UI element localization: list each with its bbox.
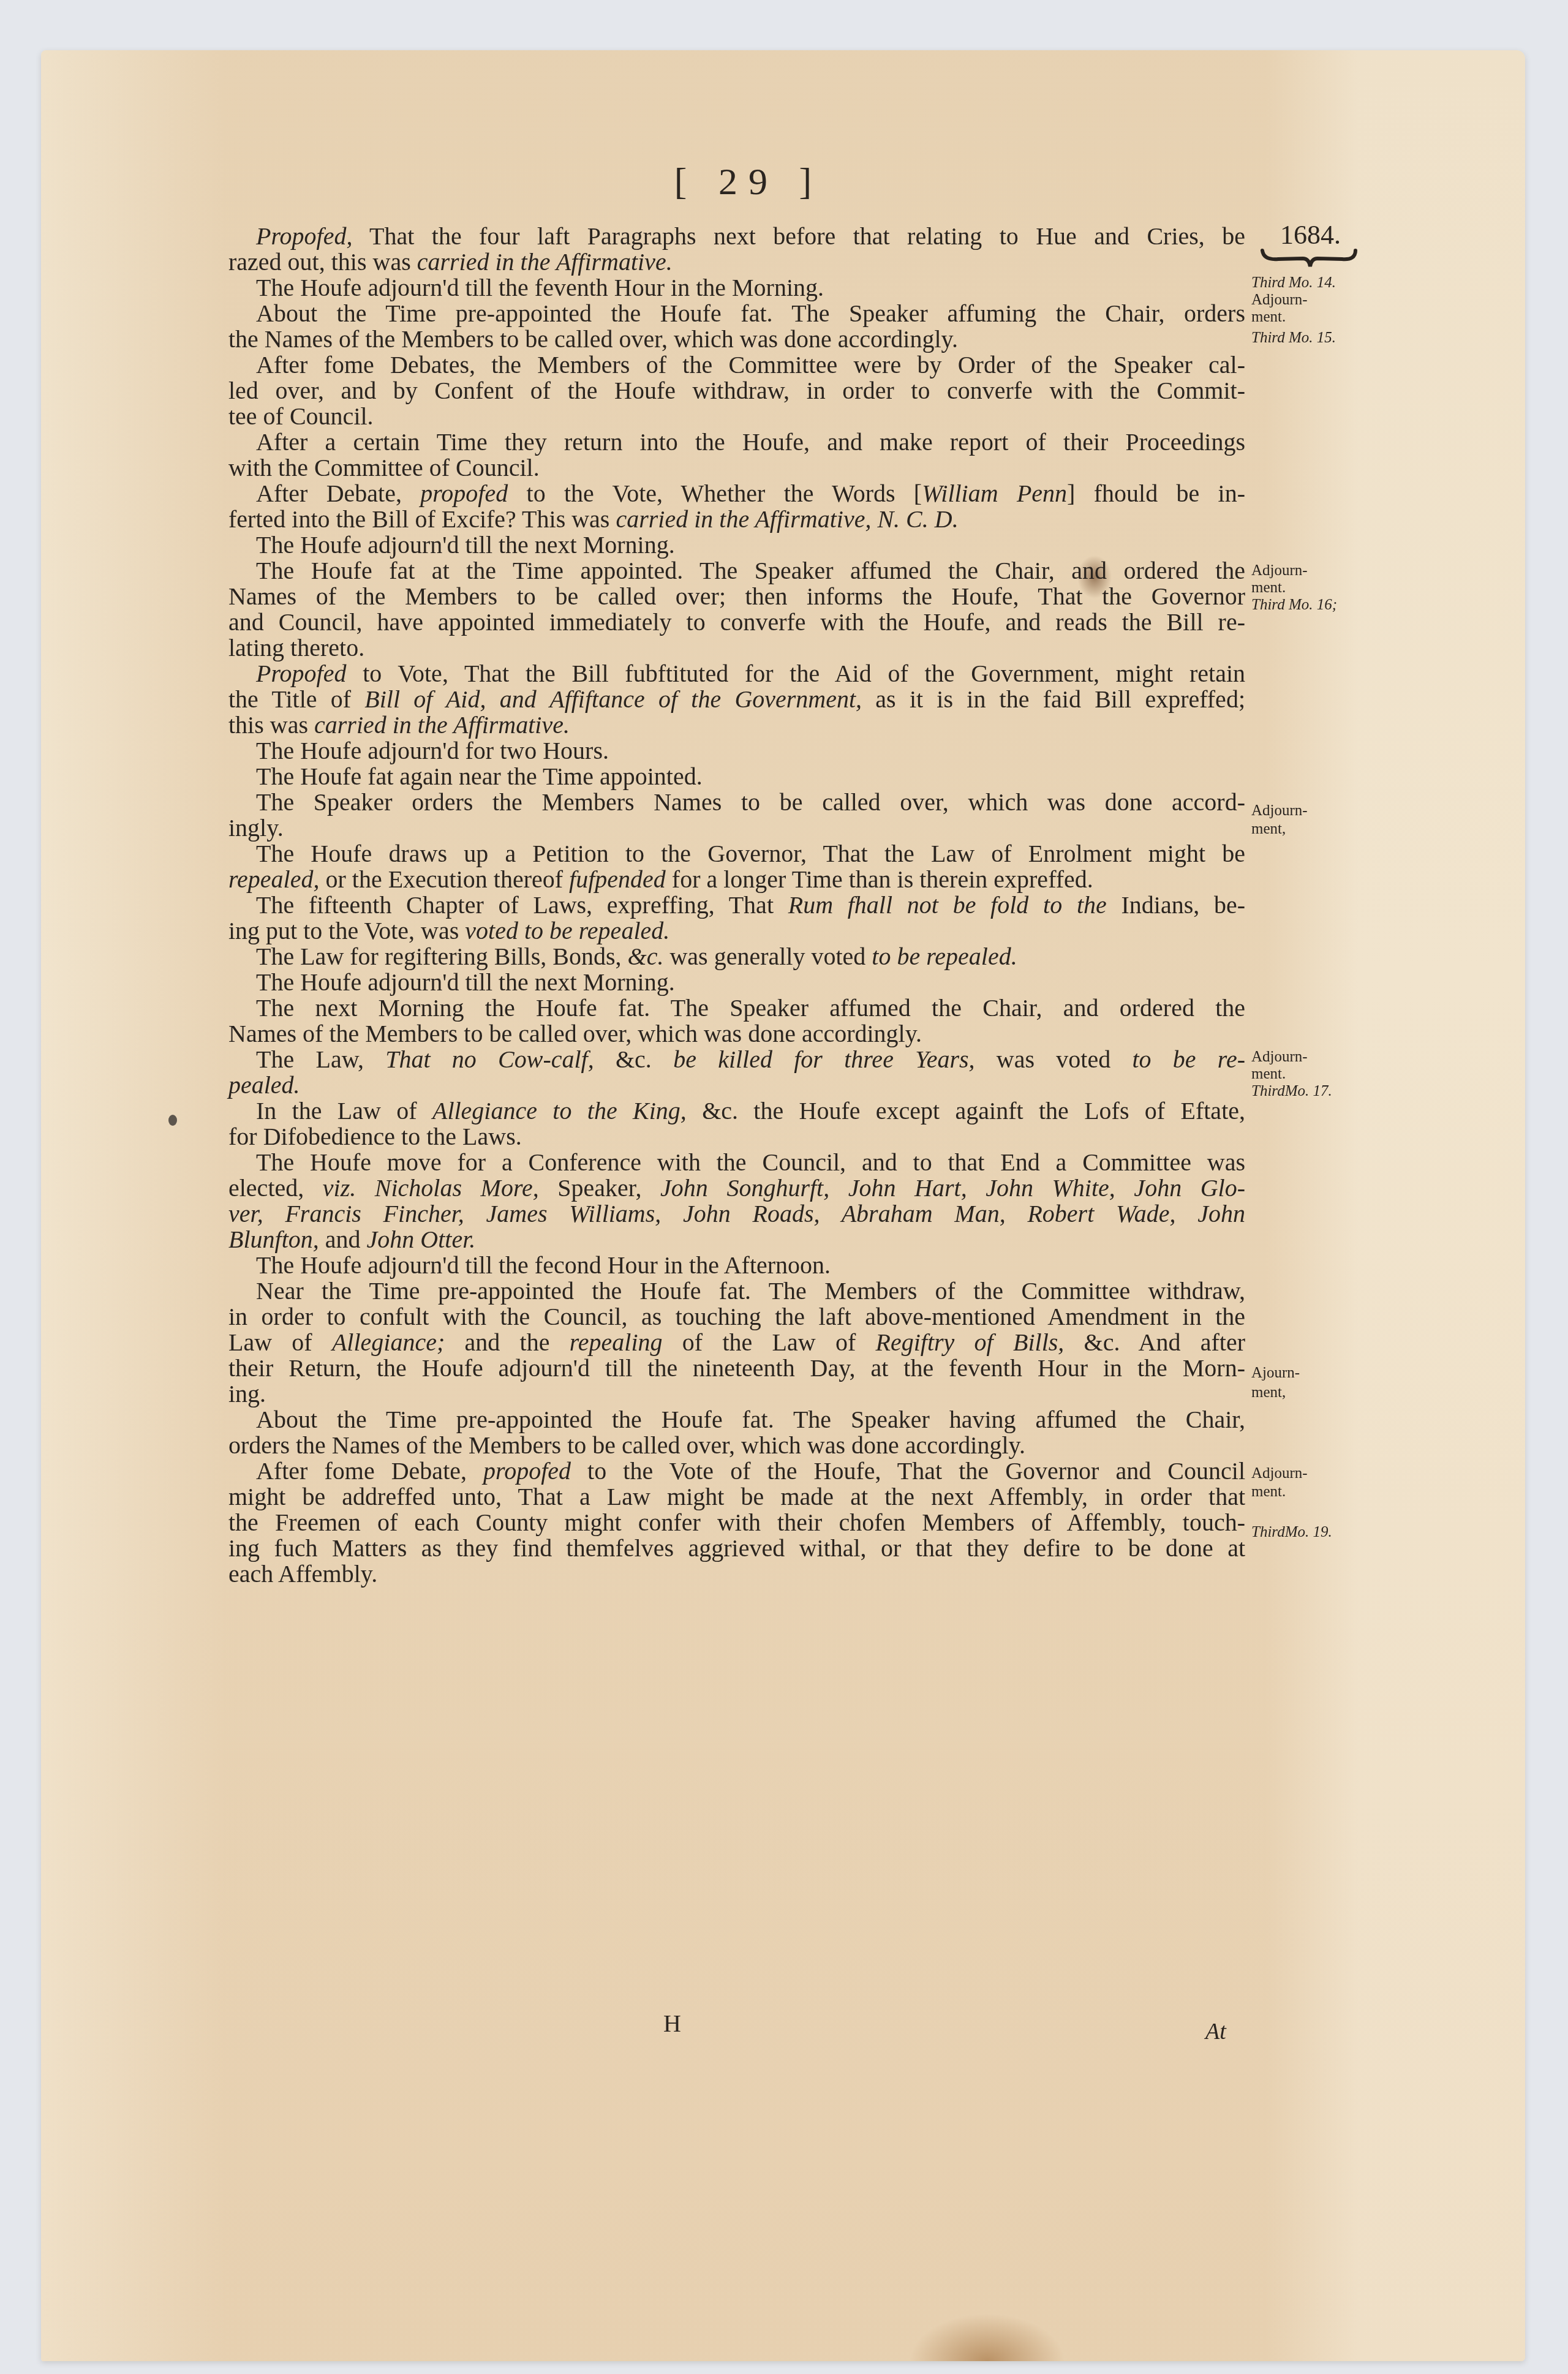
margin-note: ment. <box>1251 1066 1286 1083</box>
text-line: tee of Council. <box>228 404 1245 429</box>
margin-note: ment, <box>1251 821 1286 838</box>
text-line: ver, Francis Fincher, James Williams, Jo… <box>228 1201 1245 1227</box>
margin-note: Ajourn- <box>1251 1365 1300 1382</box>
roman-text: About the Time pre-appointed the Houfe f… <box>256 300 1245 327</box>
text-line: this was carried in the Affirmative. <box>228 712 1245 738</box>
text-line: The Houfe move for a Conference with the… <box>228 1150 1245 1175</box>
roman-text: ing fuch Matters as they find themfelves… <box>228 1534 1245 1562</box>
roman-text: That the four laft Paragraphs next befor… <box>352 222 1245 250</box>
italic-text: carried in the Affirmative. <box>314 711 570 739</box>
roman-text: to the Vote of the Houfe, That the Gover… <box>571 1457 1245 1485</box>
roman-text: The Houfe move for a Conference with the… <box>256 1148 1245 1176</box>
roman-text: ferted into the Bill of Excife? This was <box>228 505 616 533</box>
roman-text: razed out, this was <box>228 248 417 276</box>
roman-text: &c. <box>594 1046 673 1073</box>
text-line: The Houfe adjourn'd till the next Mornin… <box>228 970 1245 995</box>
roman-text: this was <box>228 711 314 739</box>
text-line: the Names of the Members to be called ov… <box>228 326 1245 352</box>
catchword: At <box>1205 2018 1226 2045</box>
text-line: The Houfe adjourn'd till the feventh Hou… <box>228 275 1245 301</box>
margin-note: Adjourn- <box>1251 1049 1308 1066</box>
italic-text: William Penn <box>922 480 1067 507</box>
italic-text: Propofed <box>256 660 346 687</box>
roman-text: Names of the Members to be called over; … <box>228 582 1245 610</box>
text-line: their Return, the Houfe adjourn'd till t… <box>228 1355 1245 1381</box>
roman-text: the Names of the Members to be called ov… <box>228 325 958 353</box>
text-line: each Affembly. <box>228 1561 1245 1587</box>
text-line: led over, and by Confent of the Houfe wi… <box>228 378 1245 404</box>
text-line: and Council, have appointed immediately … <box>228 609 1245 635</box>
text-line: the Freemen of each County might confer … <box>228 1510 1245 1536</box>
text-line: for Difobedience to the Laws. <box>228 1124 1245 1150</box>
roman-text: The Houfe adjourn'd till the feventh Hou… <box>256 274 824 301</box>
italic-text: &c. <box>628 943 664 970</box>
italic-text: fufpended <box>569 865 666 893</box>
roman-text: The Houfe draws up a Petition to the Gov… <box>256 840 1245 867</box>
italic-text: That no Cow-calf, <box>385 1046 594 1073</box>
roman-text: and Council, have appointed immediately … <box>228 608 1245 636</box>
roman-text: for a longer Time than is therein expref… <box>666 865 1093 893</box>
italic-text: Nicholas More, <box>375 1174 539 1202</box>
italic-text: Propofed, <box>256 222 352 250</box>
text-line: ingly. <box>228 815 1245 841</box>
text-line: The Houfe adjourn'd till the fecond Hour… <box>228 1253 1245 1278</box>
margin-note: ment. <box>1251 579 1286 597</box>
roman-text: of the Law of <box>663 1328 876 1356</box>
roman-text: Law of <box>228 1328 332 1356</box>
roman-text <box>356 1174 375 1202</box>
text-line: pealed. <box>228 1072 1245 1098</box>
margin-note: ThirdMo. 17. <box>1251 1083 1332 1100</box>
roman-text: Indians, be- <box>1107 891 1245 919</box>
roman-text: for Difobedience to the Laws. <box>228 1123 522 1150</box>
italic-text: pealed. <box>228 1071 300 1099</box>
roman-text: In the Law of <box>256 1097 432 1125</box>
text-line: About the Time pre-appointed the Houfe f… <box>228 301 1245 326</box>
italic-text: voted to be repealed. <box>465 917 669 944</box>
roman-text: The Houfe fat again near the Time appoin… <box>256 763 703 790</box>
text-line: orders the Names of the Members to be ca… <box>228 1433 1245 1458</box>
roman-text: was generally voted <box>663 943 872 970</box>
text-line: After fome Debate, propofed to the Vote … <box>228 1458 1245 1484</box>
roman-text: &c. And after <box>1064 1328 1245 1356</box>
italic-text: viz. <box>323 1174 356 1202</box>
italic-text: Regiftry of Bills, <box>876 1328 1065 1356</box>
text-line: The Law, That no Cow-calf, &c. be killed… <box>228 1047 1245 1072</box>
text-line: The Houfe fat at the Time appointed. The… <box>228 558 1245 584</box>
italic-text: Allegiance; <box>332 1328 445 1356</box>
roman-text: to the Vote, Whether the Words [ <box>508 480 922 507</box>
text-line: After fome Debates, the Members of the C… <box>228 352 1245 378</box>
text-line: The fifteenth Chapter of Laws, expreffin… <box>228 892 1245 918</box>
roman-text: each Affembly. <box>228 1560 377 1588</box>
text-line: elected, viz. Nicholas More, Speaker, Jo… <box>228 1175 1245 1201</box>
roman-text: with the Committee of Council. <box>228 454 540 481</box>
roman-text: The Law for regiftering Bills, Bonds, <box>256 943 628 970</box>
text-line: The next Morning the Houfe fat. The Spea… <box>228 995 1245 1021</box>
roman-text: After Debate, <box>256 480 420 507</box>
text-line: After a certain Time they return into th… <box>228 429 1245 455</box>
brace-icon <box>1260 247 1358 271</box>
margin-note: Adjourn- <box>1251 1465 1308 1482</box>
margin-note: ment. <box>1251 309 1286 326</box>
italic-text: be killed for three Years, <box>673 1046 974 1073</box>
margin-note: Adjourn- <box>1251 802 1308 820</box>
roman-text: their Return, the Houfe adjourn'd till t… <box>228 1354 1245 1382</box>
roman-text: lating thereto. <box>228 634 364 661</box>
roman-text: ] fhould be in- <box>1067 480 1245 507</box>
italic-text: carried in the Affirmative, N. C. D. <box>616 505 958 533</box>
text-line: The Houfe draws up a Petition to the Gov… <box>228 841 1245 867</box>
signature-mark: H <box>663 2009 681 2038</box>
roman-text: ingly. <box>228 814 284 842</box>
text-line: ing put to the Vote, was voted to be rep… <box>228 918 1245 944</box>
text-line: with the Committee of Council. <box>228 455 1245 481</box>
roman-text: as it is in the faid Bill expreffed; <box>862 685 1245 713</box>
roman-text: The Speaker orders the Members Names to … <box>256 788 1245 816</box>
roman-text: After a certain Time they return into th… <box>256 428 1245 456</box>
roman-text: The fifteenth Chapter of Laws, expreffin… <box>256 891 788 919</box>
roman-text: the Freemen of each County might confer … <box>228 1509 1245 1536</box>
text-line: ing. <box>228 1381 1245 1407</box>
italic-text: Rum fhall not be fold to the <box>788 891 1107 919</box>
italic-text: Bill of Aid, and Affiftance of the Gover… <box>364 685 862 713</box>
italic-text: repealed, <box>228 865 319 893</box>
text-line: The Houfe adjourn'd till the next Mornin… <box>228 532 1245 558</box>
text-line: repealed, or the Execution thereof fufpe… <box>228 867 1245 892</box>
italic-text: propofed <box>420 480 508 507</box>
text-line: The Law for regiftering Bills, Bonds, &c… <box>228 944 1245 970</box>
text-line: The Speaker orders the Members Names to … <box>228 789 1245 815</box>
roman-text: After fome Debates, the Members of the C… <box>256 351 1245 379</box>
italic-text: to be repealed. <box>872 943 1017 970</box>
text-line: The Houfe fat again near the Time appoin… <box>228 764 1245 789</box>
margin-year: 1684. <box>1280 219 1341 251</box>
roman-text: to Vote, That the Bill fubftituted for t… <box>346 660 1245 687</box>
roman-text: The next Morning the Houfe fat. The Spea… <box>256 994 1245 1022</box>
roman-text: or the Execution thereof <box>319 865 569 893</box>
roman-text: Near the Time pre-appointed the Houfe fa… <box>256 1277 1245 1305</box>
text-line: might be addreffed unto, That a Law migh… <box>228 1484 1245 1510</box>
text-line: lating thereto. <box>228 635 1245 661</box>
italic-text: Allegiance to the King, <box>432 1097 687 1125</box>
roman-text: Names of the Members to be called over, … <box>228 1020 922 1047</box>
text-line: ing fuch Matters as they find themfelves… <box>228 1536 1245 1561</box>
roman-text: in order to confult with the Council, as… <box>228 1303 1245 1330</box>
margin-note: Third Mo. 16; <box>1251 597 1337 614</box>
roman-text: was voted <box>975 1046 1133 1073</box>
text-line: ferted into the Bill of Excife? This was… <box>228 507 1245 532</box>
text-line: After Debate, propofed to the Vote, Whet… <box>228 481 1245 507</box>
roman-text: ing put to the Vote, was <box>228 917 465 944</box>
text-line: Near the Time pre-appointed the Houfe fa… <box>228 1278 1245 1304</box>
margin-note: Third Mo. 15. <box>1251 330 1336 347</box>
text-line: the Title of Bill of Aid, and Affiftance… <box>228 687 1245 712</box>
roman-text: led over, and by Confent of the Houfe wi… <box>228 377 1245 404</box>
roman-text: The Houfe fat at the Time appointed. The… <box>256 557 1245 584</box>
text-line: Names of the Members to be called over, … <box>228 1021 1245 1047</box>
roman-text: ing. <box>228 1380 266 1407</box>
text-line: The Houfe adjourn'd for two Hours. <box>228 738 1245 764</box>
italic-text: ver, Francis Fincher, James Williams, Jo… <box>228 1200 1245 1227</box>
italic-text: John Songhurft, John Hart, John White, J… <box>660 1174 1245 1202</box>
text-line: In the Law of Allegiance to the King, &c… <box>228 1098 1245 1124</box>
roman-text: The Law, <box>256 1046 385 1073</box>
text-line: Law of Allegiance; and the repealing of … <box>228 1330 1245 1355</box>
text-line: Propofed, That the four laft Paragraphs … <box>228 224 1245 249</box>
margin-note: Adjourn- <box>1251 562 1308 579</box>
text-line: Propofed to Vote, That the Bill fubftitu… <box>228 661 1245 687</box>
margin-note: Third Mo. 14. <box>1251 274 1336 292</box>
roman-text: orders the Names of the Members to be ca… <box>228 1431 1025 1459</box>
roman-text: About the Time pre-appointed the Houfe f… <box>256 1406 1245 1433</box>
roman-text: &c. the Houfe except againft the Lofs of… <box>687 1097 1245 1125</box>
roman-text: The Houfe adjourn'd till the fecond Hour… <box>256 1251 831 1279</box>
text-line: Blunfton, and John Otter. <box>228 1227 1245 1253</box>
roman-text: and <box>319 1226 367 1253</box>
text-line: Names of the Members to be called over; … <box>228 584 1245 609</box>
roman-text: The Houfe adjourn'd for two Hours. <box>256 737 609 764</box>
italic-text: Blunfton, <box>228 1226 319 1253</box>
ink-blot <box>168 1115 177 1126</box>
roman-text: the Title of <box>228 685 364 713</box>
italic-text: propofed <box>483 1457 571 1485</box>
text-line: in order to confult with the Council, as… <box>228 1304 1245 1330</box>
text-line: razed out, this was carried in the Affir… <box>228 249 1245 275</box>
roman-text: tee of Council. <box>228 402 374 430</box>
margin-note: ThirdMo. 19. <box>1251 1524 1332 1541</box>
italic-text: repealing <box>570 1328 663 1356</box>
text-line: About the Time pre-appointed the Houfe f… <box>228 1407 1245 1433</box>
roman-text: might be addreffed unto, That a Law migh… <box>228 1483 1245 1510</box>
margin-note: ment. <box>1251 1483 1286 1501</box>
roman-text: Speaker, <box>539 1174 660 1202</box>
italic-text: John Otter. <box>367 1226 476 1253</box>
roman-text: After fome Debate, <box>256 1457 483 1485</box>
margin-note: ment, <box>1251 1384 1286 1401</box>
roman-text: The Houfe adjourn'd till the next Mornin… <box>256 968 675 996</box>
italic-text: carried in the Affirmative. <box>417 248 673 276</box>
roman-text: The Houfe adjourn'd till the next Mornin… <box>256 531 675 559</box>
page-number: [ 29 ] <box>660 160 837 204</box>
roman-text: elected, <box>228 1174 323 1202</box>
margin-note: Adjourn- <box>1251 292 1308 309</box>
roman-text: and the <box>445 1328 569 1356</box>
italic-text: to be re- <box>1132 1046 1245 1073</box>
